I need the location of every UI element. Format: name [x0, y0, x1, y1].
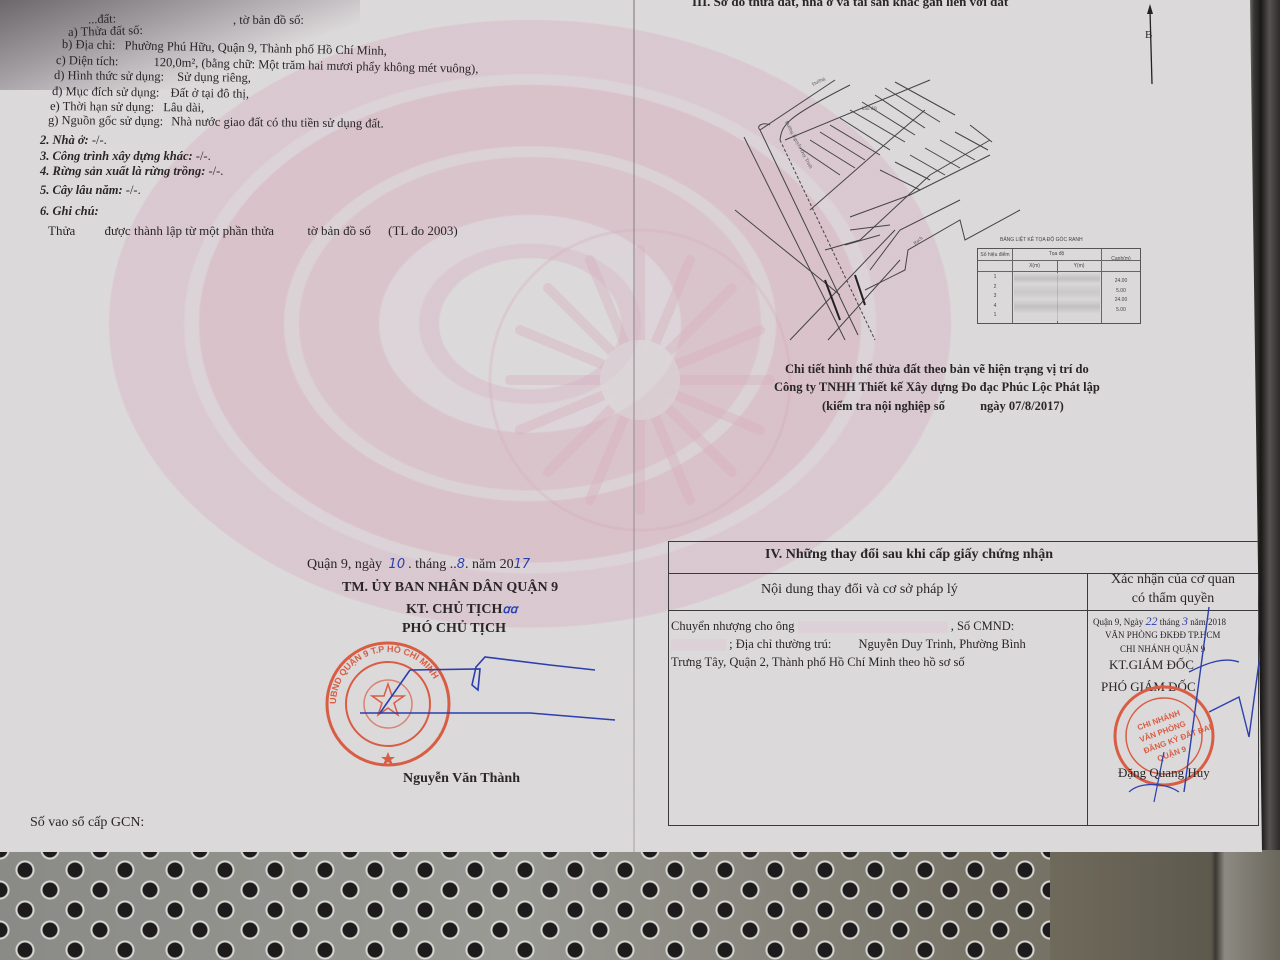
map-sheet-label: , tờ bản đồ số: — [233, 13, 304, 28]
coord-header-point: Số hiệu điểm — [980, 252, 1010, 258]
redacted-name — [798, 621, 948, 633]
issue-day: 10 — [389, 557, 406, 572]
issue-year: 17 — [514, 557, 531, 572]
signature-huy-icon — [1109, 602, 1259, 792]
signer-name-left: Nguyễn Văn Thành — [403, 771, 520, 787]
coord-table-title: BẢNG LIỆT KÊ TỌA ĐỘ GÓC RANH — [1000, 237, 1083, 243]
changes-col-header: Nội dung thay đổi và cơ sở pháp lý — [761, 582, 958, 598]
authority-line1: TM. ỦY BAN NHÂN DÂN QUẬN 9 — [342, 580, 558, 596]
notes-part2: được thành lập từ một phần thửa — [105, 223, 275, 238]
issue-month-label: tháng — [415, 557, 446, 572]
usage-term-value: Lâu dài, — [163, 100, 204, 114]
coord-header-coords: Tọa độ — [1012, 251, 1101, 257]
svg-text:khu đất: khu đất — [862, 107, 877, 112]
initials-icon: ꭤꭤ — [502, 602, 517, 616]
perennial-trees-label: 5. Cây lâu năm: — [40, 183, 123, 197]
signer-name-right: Đặng Quang Huy — [1118, 765, 1210, 781]
notes-part4: (TL đo 2003) — [388, 223, 458, 238]
authority-line2-text: KT. CHỦ TỊCH — [406, 602, 502, 617]
tray-corner — [1050, 850, 1280, 960]
map-caption-line3: (kiểm tra nội nghiệp số ngày 07/8/2017) — [822, 399, 1064, 414]
origin-label: g) Nguồn gốc sử dụng: — [48, 113, 163, 128]
origin-value: Nhà nước giao đất có thu tiền sử dụng đấ… — [171, 114, 384, 130]
road-label: Đường Nguyễn Duy Trinh — [783, 120, 813, 170]
area-label: c) Diện tích: — [56, 53, 119, 68]
coord-point: 3 — [980, 293, 1010, 299]
coord-point: 2 — [980, 284, 1010, 290]
usage-term-label: e) Thời hạn sử dụng: — [50, 99, 154, 114]
certificate-paper: ...đất: a) Thửa đất số: , tờ bản đồ số: … — [0, 0, 1262, 852]
house-row: 2. Nhà ở: -/-. — [40, 133, 107, 148]
planted-forest-label: 4. Rừng sản xuất là rừng trồng: — [40, 164, 205, 178]
usage-purpose-label: đ) Mục đích sử dụng: — [52, 84, 160, 99]
other-construction-value: -/-. — [196, 149, 211, 163]
changes-table: IV. Những thay đổi sau khi cấp giấy chứn… — [668, 541, 1259, 826]
other-construction-label: 3. Công trình xây dựng khác: — [40, 149, 193, 163]
north-label: B — [1145, 29, 1152, 41]
origin-row: g) Nguồn gốc sử dụng: Nhà nước giao đất … — [48, 113, 384, 132]
planted-forest-value: -/-. — [209, 164, 224, 178]
other-construction-row: 3. Công trình xây dựng khác: -/-. — [40, 149, 211, 164]
notes-part1: Thửa — [48, 223, 75, 238]
usage-purpose-value: Đất ở tại đô thị, — [170, 86, 249, 101]
issue-date: Quận 9, ngày 10. tháng ..8. năm 2017 — [307, 557, 530, 573]
notes-part3: tờ bản đồ số — [307, 223, 371, 238]
coord-edge-length: 5.00 — [1102, 288, 1140, 294]
residence-value: Nguyễn Duy Trinh, Phường Bình — [859, 637, 1026, 651]
redacted-id — [671, 639, 726, 651]
section3-title: III. Sơ đồ thửa đất, nhà ở và tài sản kh… — [692, 0, 1008, 10]
authority-line3: PHÓ CHỦ TỊCH — [402, 621, 506, 637]
address-label: b) Địa chỉ: — [62, 37, 116, 52]
usage-form-row: d) Hình thức sử dụng: Sử dụng riêng, — [54, 68, 251, 86]
coord-header-edge: Cạnh(m) — [1102, 256, 1140, 262]
section4-title: IV. Những thay đổi sau khi cấp giấy chứn… — [765, 547, 1053, 563]
coord-point: 1 — [980, 312, 1010, 318]
authority-line2: KT. CHỦ TỊCHꭤꭤ — [406, 600, 517, 618]
north-arrow-icon — [1140, 4, 1160, 86]
perennial-trees-row: 5. Cây lâu năm: -/-. — [40, 183, 141, 198]
issue-month: 8 — [457, 557, 465, 572]
house-label: 2. Nhà ở: — [40, 133, 89, 147]
signature-thanh-icon — [350, 655, 620, 735]
center-fold — [633, 0, 635, 852]
map-caption-date: ngày 07/8/2017) — [980, 399, 1064, 413]
coord-edge-length: 5.00 — [1102, 307, 1140, 313]
map-caption-line1: Chi tiết hình thể thửa đất theo bản vẽ h… — [785, 362, 1089, 377]
coord-edge-length: 24.00 — [1102, 278, 1140, 284]
register-number-label: Số vao sổ cấp GCN: — [30, 815, 144, 831]
issue-year-label: năm 20 — [472, 557, 514, 572]
svg-text:Đường: Đường — [812, 77, 827, 88]
perennial-trees-value: -/-. — [126, 183, 141, 197]
coord-table: Số hiệu điểm Tọa độ Cạnh(m) X(m) Y(m) 12… — [977, 248, 1141, 324]
transfer-to-label: Chuyển nhượng cho ông — [671, 619, 794, 633]
change-entry-line2: ; Địa chỉ thường trú: Nguyễn Duy Trinh, … — [671, 637, 1026, 652]
notes-label: 6. Ghi chú: — [40, 204, 99, 219]
id-number-label: , Số CMND: — [951, 619, 1015, 633]
coord-header-y: Y(m) — [1057, 263, 1101, 269]
change-entry-line1: Chuyển nhượng cho ông , Số CMND: — [671, 619, 1014, 634]
notes-text: Thửa được thành lập từ một phần thửa tờ … — [48, 223, 458, 239]
usage-form-label: d) Hình thức sử dụng: — [54, 68, 164, 84]
map-caption-check: (kiểm tra nội nghiệp số — [822, 399, 945, 413]
residence-label: ; Địa chỉ thường trú: — [729, 637, 831, 651]
coord-header-x: X(m) — [1012, 263, 1057, 269]
change-entry-line3: Trưng Tây, Quận 2, Thành phố Hồ Chí Minh… — [671, 655, 965, 670]
planted-forest-row: 4. Rừng sản xuất là rừng trồng: -/-. — [40, 164, 223, 179]
map-caption-line2: Công ty TNHH Thiết kế Xây dựng Đo đạc Ph… — [774, 380, 1100, 395]
issue-date-prefix: Quận 9, ngày — [307, 557, 382, 572]
coord-point: 1 — [980, 274, 1010, 280]
house-value: -/-. — [92, 133, 107, 147]
usage-form-value: Sử dụng riêng, — [177, 70, 251, 85]
redacted-coordinates — [1014, 273, 1100, 321]
coord-point: 4 — [980, 303, 1010, 309]
coord-edge-length: 24.00 — [1102, 297, 1140, 303]
